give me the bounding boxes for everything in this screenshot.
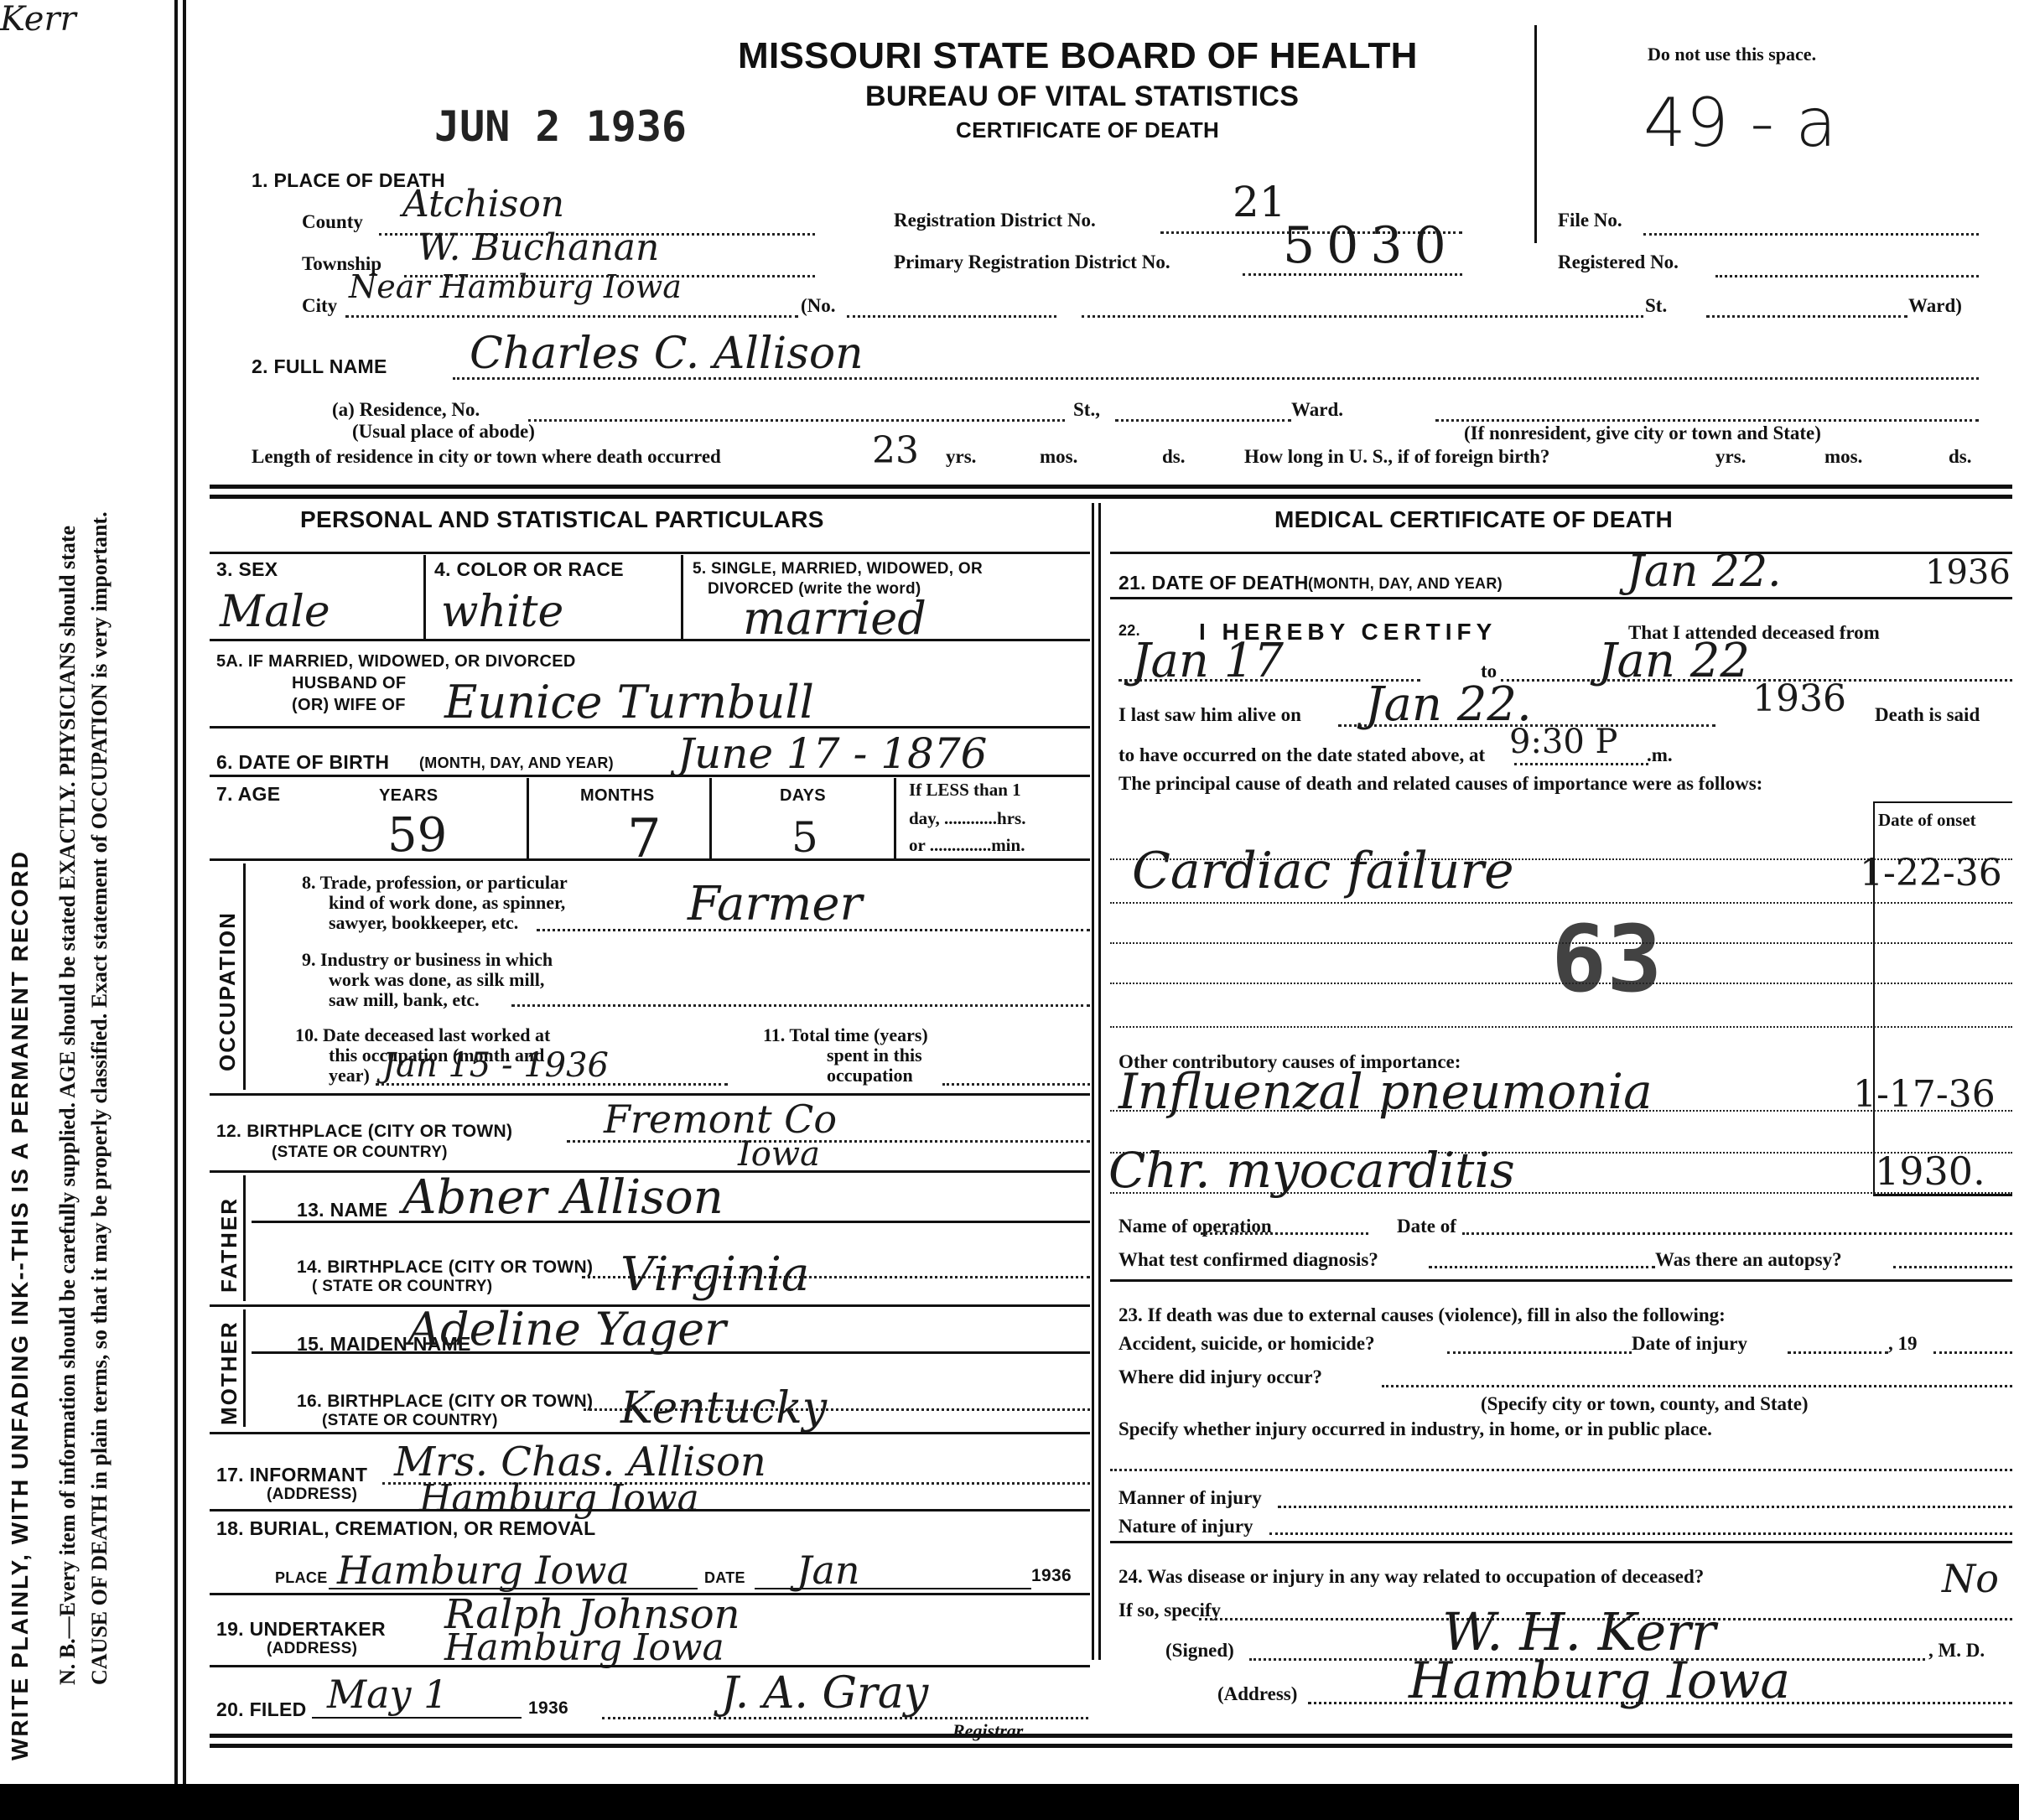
residence-ward-label: Ward. [1291, 399, 1343, 421]
spouse-label-wife: (OR) WIFE OF [292, 696, 406, 715]
attended-from: Jan 17 [1132, 634, 1284, 688]
mother-birthplace-value: Kentucky [620, 1383, 827, 1434]
filed-label: 20. FILED [216, 1698, 307, 1721]
days-label: DAYS [780, 786, 826, 806]
form-name: CERTIFICATE OF DEATH [956, 117, 1219, 143]
occupation-related-value: No [1942, 1556, 1999, 1601]
city-label: City [302, 295, 337, 317]
form-subtitle: BUREAU OF VITAL STATISTICS [865, 80, 1299, 113]
specify-injury-label: Specify whether injury occurred in indus… [1118, 1418, 1712, 1440]
age-days: 5 [792, 813, 818, 862]
less-than-day-label: If LESS than 1 [909, 780, 1021, 801]
dob-label: 6. DATE OF BIRTH [216, 751, 389, 774]
undertaker-address: Hamburg Iowa [444, 1626, 724, 1669]
sex-label: 3. SEX [216, 558, 278, 581]
accident-label: Accident, suicide, or homicide? [1118, 1333, 1375, 1355]
reg-district-value: 21 [1233, 178, 1286, 226]
last-worked-label: 10. Date deceased last worked at [295, 1024, 550, 1046]
ds-label: ds. [1162, 446, 1186, 468]
death-said-label: Death is said [1875, 704, 1980, 726]
date-of-death-year: 1936 [1925, 553, 2011, 592]
informant-address-label: (ADDRESS) [267, 1486, 357, 1504]
father-birthplace-sub: ( STATE OR COUNTRY) [312, 1278, 492, 1296]
attended-to: Jan 22 [1598, 634, 1750, 688]
margin-note-line1: N. B.—Every item of information should b… [55, 526, 80, 1685]
age-label: 7. AGE [216, 783, 280, 806]
burial-place-value: Hamburg Iowa [337, 1548, 630, 1593]
primary-reg-value: 5030 [1283, 216, 1458, 275]
where-injury-sub: (Specify city or town, county, and State… [1481, 1393, 1809, 1415]
registrar-label: Registrar. [952, 1720, 1027, 1742]
trade-value: Farmer [688, 877, 862, 931]
age-years: 59 [387, 808, 447, 863]
trade-label-3: sawyer, bookkeeper, etc. [329, 912, 518, 934]
date-of-onset-header: Date of onset [1878, 810, 1976, 831]
occupation-side-label: OCCUPATION [215, 911, 241, 1071]
time-suffix: .m. [1647, 744, 1673, 766]
mother-side-label: MOTHER [216, 1320, 242, 1425]
corner-note: Kerr [0, 0, 76, 39]
township-value: W. Buchanan [418, 226, 659, 269]
father-birthplace-label: 14. BIRTHPLACE (CITY OR TOWN) [297, 1257, 593, 1278]
burial-label: 18. BURIAL, CREMATION, OR REMOVAL [216, 1517, 595, 1540]
length-residence-label: Length of residence in city or town wher… [252, 446, 721, 468]
spouse-label-husband: HUSBAND OF [292, 674, 406, 693]
md-label: , M. D. [1928, 1640, 1985, 1662]
mother-birthplace-label: 16. BIRTHPLACE (CITY OR TOWN) [297, 1392, 593, 1412]
other-cause-1: Influenzal pneumonia [1118, 1063, 1653, 1120]
last-worked-value: Jan 15 - 1936 [382, 1046, 609, 1085]
less-than-day-hrs: day, ............hrs. [909, 808, 1025, 829]
other-cause-1-onset: 1-17-36 [1853, 1073, 1996, 1116]
city-no-label: (No. [801, 295, 836, 317]
occurred-label: to have occurred on the date stated abov… [1118, 744, 1485, 766]
occupation-related-label: 24. Was disease or injury in any way rel… [1118, 1566, 1704, 1588]
residence-st-label: St., [1073, 399, 1100, 421]
injury-year-prefix: , 19 [1888, 1333, 1918, 1355]
less-than-day-min: or ..............min. [909, 835, 1025, 856]
mother-birthplace-sub: (STATE OR COUNTRY) [322, 1412, 498, 1430]
classification-stamp: 63 [1551, 905, 1662, 1013]
spouse-label: 5A. IF MARRIED, WIDOWED, OR DIVORCED [216, 652, 576, 671]
nature-injury-label: Nature of injury [1118, 1516, 1253, 1537]
last-saw-label: I last saw him alive on [1118, 704, 1301, 726]
autopsy-label: Was there an autopsy? [1655, 1249, 1842, 1271]
yrs-label: yrs. [946, 446, 976, 468]
father-side-label: FATHER [216, 1197, 242, 1293]
spouse-value: Eunice Turnbull [444, 676, 814, 729]
race-value: white [441, 587, 563, 637]
office-box-divider [1534, 25, 1537, 243]
margin-warning: WRITE PLAINLY, WITH UNFADING INK--THIS I… [7, 850, 34, 1760]
received-stamp: JUN 2 1936 [434, 102, 687, 151]
county-label: County [302, 211, 363, 233]
file-no-label: File No. [1558, 210, 1622, 231]
total-time-label-3: occupation [827, 1065, 913, 1086]
city-ward-label: Ward) [1908, 295, 1962, 317]
margin-rule [183, 0, 186, 1784]
father-name-label: 13. NAME [297, 1199, 387, 1221]
months-label: MONTHS [580, 786, 654, 806]
trade-label-2: kind of work done, as spinner, [329, 892, 565, 914]
last-saw-value: Jan 22. [1365, 677, 1532, 732]
mother-name-value: Adeline Yager [407, 1303, 726, 1356]
foreign-yrs-label: yrs. [1715, 446, 1746, 468]
full-name-value: Charles C. Allison [470, 329, 864, 379]
operation-date-label: Date of [1397, 1216, 1456, 1237]
registered-no-label: Registered No. [1558, 251, 1679, 273]
years-label: YEARS [379, 786, 438, 806]
registrar-signature: J. A. Gray [721, 1668, 928, 1719]
father-birthplace-value: Virginia [620, 1247, 809, 1302]
margin-rule [174, 0, 178, 1784]
undertaker-label: 19. UNDERTAKER [216, 1618, 386, 1641]
foreign-birth-label: How long in U. S., if of foreign birth? [1244, 446, 1549, 468]
office-use-label: Do not use this space. [1648, 44, 1816, 65]
manner-injury-label: Manner of injury [1118, 1487, 1262, 1509]
last-saw-year: 1936 [1752, 677, 1846, 720]
burial-place-label: PLACE [275, 1569, 328, 1587]
industry-label-2: work was done, as silk mill, [329, 969, 544, 991]
foreign-mos-label: mos. [1824, 446, 1862, 468]
residence-label: (a) Residence, No. [332, 399, 480, 421]
marital-label: 5. SINGLE, MARRIED, WIDOWED, OR [693, 560, 983, 578]
city-value: Near Hamburg Iowa [349, 268, 682, 305]
trade-label: 8. Trade, profession, or particular [302, 872, 568, 894]
total-time-label-2: spent in this [827, 1045, 922, 1066]
industry-label-3: saw mill, bank, etc. [329, 989, 480, 1011]
informant-label: 17. INFORMANT [216, 1464, 367, 1486]
physician-address-label: (Address) [1217, 1683, 1297, 1705]
principal-cause-onset: 1-22-36 [1860, 852, 2002, 894]
mos-label: mos. [1040, 446, 1077, 468]
marital-value: married [743, 592, 926, 645]
race-label: 4. COLOR OR RACE [434, 558, 624, 581]
injury-date-label: Date of injury [1632, 1333, 1747, 1355]
margin-note-line2: CAUSE OF DEATH in plain terms, so that i… [87, 511, 112, 1685]
date-of-death-sub: (MONTH, DAY, AND YEAR) [1308, 575, 1503, 593]
reg-district-label: Registration District No. [894, 210, 1096, 231]
burial-date-value: Jan [797, 1548, 860, 1593]
birthplace-state: Iowa [738, 1135, 820, 1174]
sex-value: Male [220, 587, 330, 637]
county-value: Atchison [402, 183, 564, 226]
where-injury-label: Where did injury occur? [1118, 1366, 1322, 1388]
dob-value: June 17 - 1876 [677, 729, 987, 778]
length-residence-years: 23 [872, 429, 919, 472]
medical-heading: MEDICAL CERTIFICATE OF DEATH [1274, 506, 1673, 533]
residence-sub: (Usual place of abode) [352, 421, 535, 443]
filed-date: May 1 [327, 1672, 448, 1717]
burial-date-label: DATE [704, 1569, 745, 1587]
other-cause-2-onset: 1930. [1875, 1149, 1985, 1194]
time-of-death: 9:30 P [1509, 723, 1617, 761]
date-of-death-value: Jan 22. [1627, 547, 1782, 597]
principal-cause-value: Cardiac failure [1132, 842, 1514, 900]
burial-year: 1936 [1031, 1566, 1072, 1586]
filed-year: 1936 [528, 1698, 568, 1719]
dob-sub: (MONTH, DAY, AND YEAR) [419, 754, 614, 772]
other-cause-2: Chr. myocarditis [1108, 1142, 1515, 1199]
date-of-death-label: 21. DATE OF DEATH [1118, 572, 1309, 594]
birthplace-label: 12. BIRTHPLACE (CITY OR TOWN) [216, 1122, 512, 1142]
primary-reg-label: Primary Registration District No. [894, 251, 1170, 273]
father-name-value: Abner Allison [402, 1170, 724, 1225]
personal-heading: PERSONAL AND STATISTICAL PARTICULARS [300, 506, 824, 533]
undertaker-address-label: (ADDRESS) [267, 1640, 357, 1658]
certificate-page: Kerr WRITE PLAINLY, WITH UNFADING INK--T… [0, 0, 2019, 1784]
external-causes-label: 23. If death was due to external causes … [1118, 1304, 1726, 1326]
physician-address: Hamburg Iowa [1409, 1651, 1790, 1710]
total-time-label: 11. Total time (years) [763, 1024, 928, 1046]
principal-cause-label: The principal cause of death and related… [1118, 773, 1762, 795]
foreign-ds-label: ds. [1949, 446, 1972, 468]
full-name-label: 2. FULL NAME [252, 355, 387, 378]
signed-label: (Signed) [1165, 1640, 1234, 1662]
form-title: MISSOURI STATE BOARD OF HEALTH [738, 35, 1418, 77]
office-code: 49 - a [1643, 84, 1837, 162]
informant-address: Hamburg Iowa [419, 1477, 699, 1520]
birthplace-sub: (STATE OR COUNTRY) [272, 1143, 448, 1162]
test-confirmed-label: What test confirmed diagnosis? [1118, 1249, 1378, 1271]
industry-label: 9. Industry or business in which [302, 949, 553, 971]
last-worked-label-3: year) [329, 1065, 370, 1086]
city-st-label: St. [1645, 295, 1667, 317]
nonresident-note: (If nonresident, give city or town and S… [1464, 423, 1821, 444]
